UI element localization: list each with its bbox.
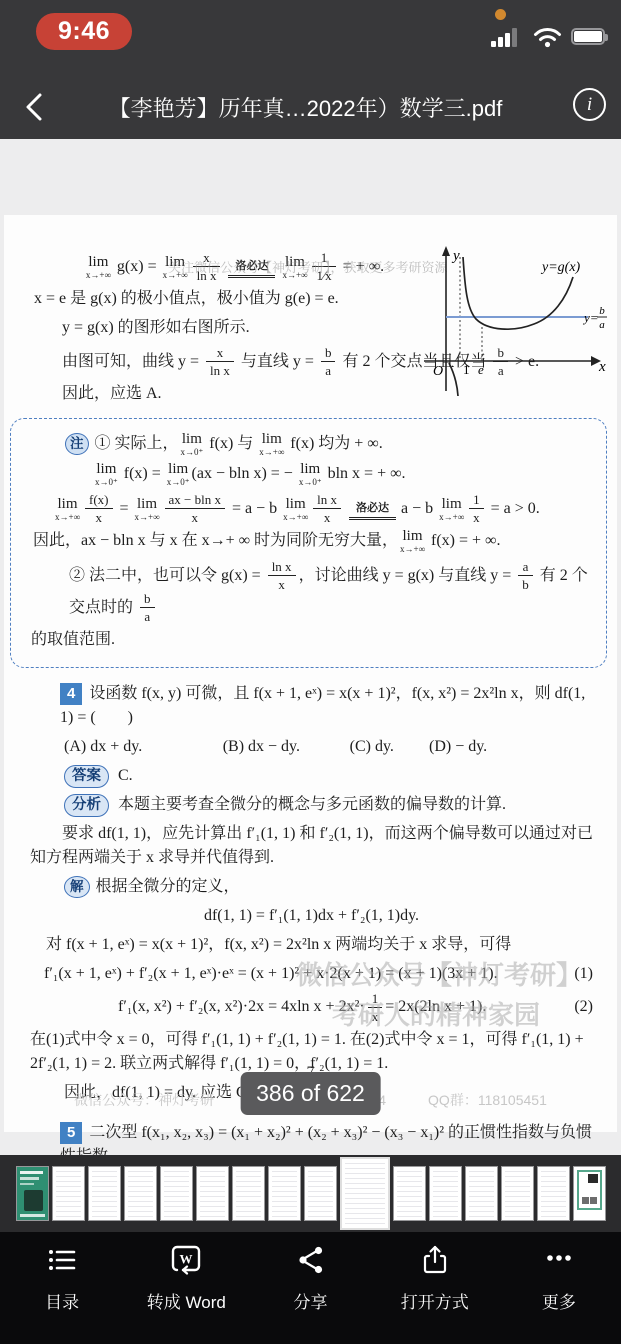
page-thumbnail[interactable]: [232, 1166, 265, 1221]
wifi-icon: [533, 26, 562, 53]
share-label: 分享: [294, 1288, 328, 1313]
answer-option: (D) − dy.: [429, 735, 487, 759]
doc-line: ② 法二中，也可以令 g(x) = ln xx，讨论曲线 y = g(x) 与直…: [31, 559, 592, 623]
convert-word-icon: W: [169, 1243, 203, 1280]
limit-symbol: limx→+∞: [259, 432, 284, 457]
answer-option: (B) dx − dy.: [223, 735, 350, 759]
page-thumbnail[interactable]: [196, 1166, 229, 1221]
graph-tick-1: 1: [463, 362, 470, 377]
back-button[interactable]: [16, 88, 52, 128]
doc-line: 的取值范围.: [31, 628, 592, 652]
page-thumbnail[interactable]: [52, 1166, 85, 1221]
limit-symbol: limx→+∞: [439, 497, 464, 522]
fraction: f(x)x: [85, 492, 113, 524]
limit-symbol: limx→0⁺: [167, 462, 190, 487]
fraction: ln xx: [268, 559, 296, 591]
graph-origin-label: O: [433, 364, 443, 379]
doc-line: limx→0⁺ f(x) = limx→0⁺(ax − bln x) = − l…: [31, 462, 592, 487]
limit-symbol: limx→0⁺: [95, 462, 118, 487]
header: 9:46 【李艳芳】历年真…2022年）数学三.pdf i: [0, 0, 621, 139]
page-thumbnail[interactable]: [393, 1166, 426, 1221]
note-box: 注 ① 实际上，limx→0⁺ f(x) 与 limx→+∞ f(x) 均为 +…: [10, 418, 607, 668]
fraction: ax − bln xx: [165, 492, 225, 524]
info-glyph: i: [587, 94, 592, 115]
doc-line: 4 设函数 f(x, y) 可微，且 f(x + 1, eˣ) = x(x + …: [30, 682, 593, 730]
doc-line: limx→+∞f(x)x = limx→+∞ax − bln xx = a − …: [31, 492, 592, 524]
answer-option: (A) dx + dy.: [64, 735, 223, 759]
graph-x-label: x: [598, 359, 606, 375]
info-button[interactable]: i: [573, 88, 606, 121]
fraction: ab: [518, 559, 533, 591]
fraction: xln x: [206, 345, 234, 377]
page-thumbnail[interactable]: [429, 1166, 462, 1221]
open-with-label: 打开方式: [401, 1288, 469, 1313]
thumbnail-strip[interactable]: [0, 1155, 621, 1232]
toc-label: 目录: [45, 1288, 79, 1313]
question-number-badge: 4: [60, 683, 82, 705]
share-icon: [294, 1243, 328, 1280]
screen: 9:46 【李艳芳】历年真…2022年）数学三.pdf i 关注微信公众号【神灯…: [0, 0, 621, 1344]
limit-symbol: limx→0⁺: [181, 432, 204, 457]
hline-label-denominator: a: [599, 319, 605, 331]
doc-line: y = g(x) 的图形如右图所示.: [30, 316, 470, 340]
more-button[interactable]: 更多: [497, 1232, 621, 1344]
open-with-icon: [418, 1243, 452, 1280]
doc-line: 因此，ax − bln x 与 x 在 x→+ ∞ 时为同阶无穷大量，limx→…: [31, 529, 592, 554]
page-thumbnail[interactable]: [573, 1166, 606, 1221]
more-label: 更多: [542, 1288, 576, 1313]
page-thumbnail[interactable]: [268, 1166, 301, 1221]
doc-line: x = e 是 g(x) 的极小值点，极小值为 g(e) = e.: [30, 287, 442, 311]
page-thumbnail[interactable]: [124, 1166, 157, 1221]
watermark-middle: 微信公众号【神灯考研】 考研人的精神家园: [296, 955, 576, 1035]
function-graph: y x O 1 e y=g(x) y= b a: [416, 243, 612, 408]
battery-icon: [571, 28, 605, 45]
answer-analysis-badge: 分析: [64, 794, 109, 817]
toc-icon: [45, 1243, 79, 1280]
share-button[interactable]: 分享: [248, 1232, 372, 1344]
page-thumbnail[interactable]: [465, 1166, 498, 1221]
fraction: 1x: [469, 492, 484, 524]
answer-option: (C) dy.: [350, 735, 429, 759]
doc-line: 分析 本题主要考查全微分的概念与多元函数的偏导数的计算.: [30, 793, 593, 817]
y-axis-arrow: [442, 246, 450, 256]
convert-word-label: 转成 Word: [147, 1288, 226, 1313]
doc-line: 要求 df(1, 1)，应先计算出 f′₁(1, 1) 和 f′₂(1, 1)，…: [30, 822, 593, 870]
lhopital-tag: 洛必达: [349, 502, 396, 520]
limit-symbol: limx→+∞: [135, 497, 160, 522]
page-thumbnail[interactable]: [160, 1166, 193, 1221]
pdf-page[interactable]: 关注微信公众号【神灯考研】，获取更多考研资源 y x O 1 e y=g(x) …: [4, 215, 617, 1132]
document-title: 【李艳芳】历年真…2022年）数学三.pdf: [50, 92, 561, 123]
page-thumbnail[interactable]: [537, 1166, 570, 1221]
doc-line: 答案 C.: [30, 764, 593, 788]
doc-line: df(1, 1) = f′₁(1, 1)dx + f′₂(1, 1)dy.: [30, 904, 593, 928]
doc-line: 解 根据全微分的定义，: [30, 875, 593, 899]
answer-analysis-badge: 答案: [64, 765, 109, 788]
page-thumbnail[interactable]: [16, 1166, 49, 1221]
graph-tick-e: e: [478, 362, 484, 377]
limit-symbol: limx→+∞: [400, 529, 425, 554]
status-time: 9:46: [58, 17, 110, 46]
curve-label: y=g(x): [540, 260, 581, 275]
fraction: ln xx: [313, 492, 341, 524]
doc-line: 注 ① 实际上，limx→0⁺ f(x) 与 limx→+∞ f(x) 均为 +…: [31, 432, 592, 457]
page-thumbnail[interactable]: [501, 1166, 534, 1221]
watermark-top: 关注微信公众号【神灯考研】，获取更多考研资源: [168, 257, 448, 276]
limit-symbol: limx→+∞: [283, 497, 308, 522]
question-number-badge: 5: [60, 1122, 82, 1144]
page-thumbnail[interactable]: [88, 1166, 121, 1221]
cellular-icon: [491, 27, 517, 47]
hline-label-numerator: b: [599, 305, 605, 317]
limit-symbol: limx→+∞: [55, 497, 80, 522]
note-badge: 注: [65, 433, 89, 455]
toc-button[interactable]: 目录: [0, 1232, 124, 1344]
convert-word-button[interactable]: W 转成 Word: [124, 1232, 248, 1344]
fraction: ba: [140, 591, 155, 623]
page-indicator: 386 of 622: [240, 1072, 381, 1115]
bottom-toolbar: 目录 W 转成 Word 分享: [0, 1232, 621, 1344]
hline-label-prefix: y=: [582, 310, 599, 325]
limit-symbol: limx→+∞: [86, 255, 111, 280]
svg-text:W: W: [180, 1252, 193, 1267]
time-pill[interactable]: 9:46: [36, 13, 132, 50]
function-curve-left-branch: [449, 363, 458, 396]
solution-badge: 解: [64, 876, 90, 898]
page-thumbnail-selected[interactable]: [340, 1157, 390, 1230]
more-icon: [542, 1243, 576, 1280]
limit-symbol: limx→0⁺: [299, 462, 322, 487]
graph-y-label: y: [451, 248, 460, 264]
open-with-button[interactable]: 打开方式: [373, 1232, 497, 1344]
fraction: ba: [321, 345, 336, 377]
doc-line: (A) dx + dy.(B) dx − dy.(C) dy.(D) − dy.: [30, 735, 593, 759]
page-thumbnail[interactable]: [304, 1166, 337, 1221]
doc-line: 对 f(x + 1, eˣ) = x(x + 1)²，f(x, x²) = 2x…: [30, 933, 593, 957]
recording-indicator-dot: [495, 9, 506, 20]
